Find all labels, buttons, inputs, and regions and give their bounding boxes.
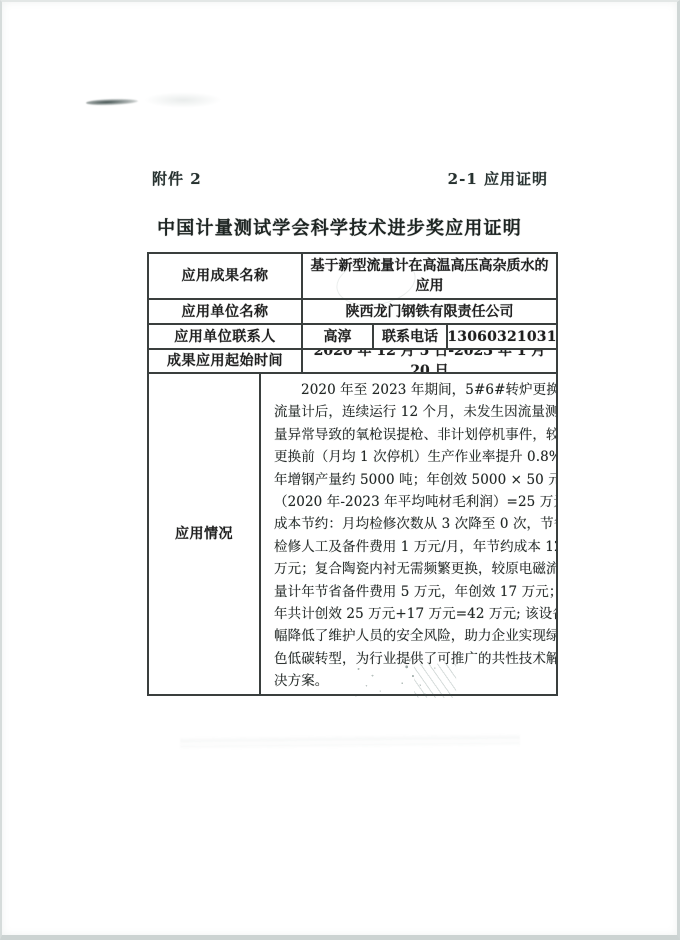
situation-line: 检修人工及备件费用 1 万元/月，年节约成本 12 xyxy=(274,536,545,558)
certificate-table: 应用成果名称 基于新型流量计在高温高压高杂质水的 应用 应用单位名称 陕西龙门钢… xyxy=(147,252,558,696)
situation-line: 年共计创效 25 万元+17 万元=42 万元; 该设备大 xyxy=(274,603,545,625)
scanner-ghost-streaks xyxy=(180,730,520,750)
contact-person-name: 高淳 xyxy=(301,325,372,348)
situation-line: （2020 年-2023 年平均吨材毛利润）=25 万元。 xyxy=(274,491,545,513)
contact-phone-label: 联系电话 xyxy=(372,325,446,348)
situation-line: 成本节约：月均检修次数从 3 次降至 0 次，节省 xyxy=(274,513,545,535)
situation-line: 量计年节省备件费用 5 万元，年创效 17 万元； xyxy=(274,581,545,603)
situation-line: 流量计后，连续运行 12 个月，未发生因流量测 xyxy=(274,401,545,423)
situation-line: 年增钢产量约 5000 吨；年创效 5000 × 50 元/吨 xyxy=(274,469,545,491)
application-situation-label: 应用情况 xyxy=(149,374,259,694)
table-row-contact: 应用单位联系人 高淳 联系电话 13060321031 xyxy=(149,323,556,348)
situation-line: 万元；复合陶瓷内衬无需频繁更换，较原电磁流 xyxy=(274,558,545,580)
table-row-achievement-name: 应用成果名称 基于新型流量计在高温高压高杂质水的 应用 xyxy=(149,254,556,298)
achievement-name-line2: 应用 xyxy=(416,276,444,296)
situation-line: 2020 年至 2023 年期间，5#6#转炉更换楔形 xyxy=(274,379,545,401)
applying-unit-label: 应用单位名称 xyxy=(149,300,301,323)
faint-stamp-speckle-artifact xyxy=(344,644,460,716)
situation-line: 量异常导致的氧枪误提枪、非计划停机事件，较 xyxy=(274,424,545,446)
table-row-application-situation: 应用情况 2020 年至 2023 年期间，5#6#转炉更换楔形 流量计后，连续… xyxy=(149,372,556,694)
achievement-name-value: 基于新型流量计在高温高压高杂质水的 应用 xyxy=(301,254,556,298)
scanned-document-page: 附件 2 2-1 应用证明 中国计量测试学会科学技术进步奖应用证明 应用成果名称… xyxy=(0,0,680,940)
pencil-hatch-artifact xyxy=(414,664,456,698)
applying-unit-value: 陕西龙门钢铁有限责任公司 xyxy=(301,300,556,323)
situation-line: 更换前（月均 1 次停机）生产作业率提升 0.8%， xyxy=(274,446,545,468)
document-header: 附件 2 2-1 应用证明 xyxy=(152,168,548,189)
situation-line: 幅降低了维护人员的安全风险，助力企业实现绿 xyxy=(274,625,545,647)
achievement-name-label: 应用成果名称 xyxy=(149,254,301,298)
document-title: 中国计量测试学会科学技术进步奖应用证明 xyxy=(2,214,677,240)
doc-number-label: 2-1 应用证明 xyxy=(448,168,548,189)
application-period-label: 成果应用起始时间 xyxy=(149,350,301,372)
attachment-label: 附件 2 xyxy=(152,168,202,189)
table-row-applying-unit: 应用单位名称 陕西龙门钢铁有限责任公司 xyxy=(149,298,556,323)
application-period-value: 2020 年 12 月 5 日-2023 年 1 月 20 日 xyxy=(301,350,556,372)
contact-phone-number: 13060321031 xyxy=(446,325,556,348)
scanner-smudge-echo xyxy=(144,92,222,108)
achievement-name-line1: 基于新型流量计在高温高压高杂质水的 xyxy=(311,256,549,276)
table-row-application-period: 成果应用起始时间 2020 年 12 月 5 日-2023 年 1 月 20 日 xyxy=(149,348,556,372)
application-situation-text: 2020 年至 2023 年期间，5#6#转炉更换楔形 流量计后，连续运行 12… xyxy=(259,374,556,694)
scanner-smudge-mark xyxy=(86,98,138,106)
contact-person-label: 应用单位联系人 xyxy=(149,325,301,348)
